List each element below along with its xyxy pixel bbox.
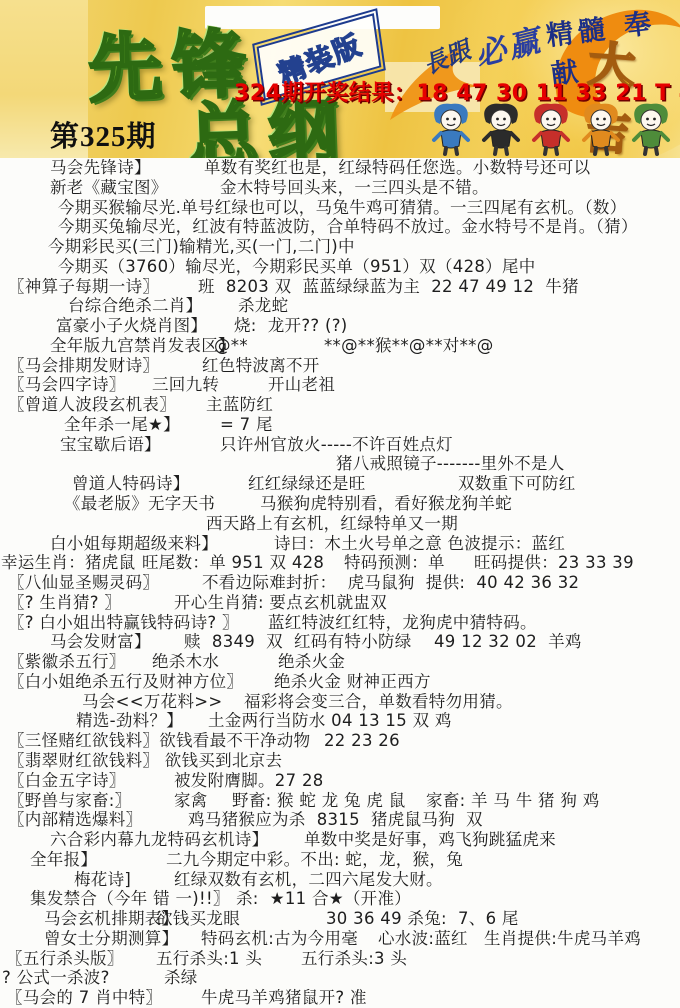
tips-list: 马会先锋诗】单数有奖红也是，红绿特码任您选。小数特号还可以新老《藏宝图》金木特号… bbox=[6, 158, 680, 1008]
tip-segment: 〖内部精选爆料〗 bbox=[8, 810, 142, 830]
tip-segment: 宝宝歇后语】 bbox=[60, 435, 161, 455]
tip-segment: 不看边际难封折： 虎马鼠狗 提供: 40 42 36 32 bbox=[202, 573, 579, 593]
tip-line: 〖翡翠财红欲钱料〗 欲钱买到北京去 bbox=[6, 751, 680, 771]
tip-segment: 〖白小姐绝杀五行及财神方位〗 bbox=[8, 672, 243, 692]
tip-segment: 单数有奖红也是，红绿特码任您选。小数特号还可以 bbox=[204, 158, 590, 178]
tip-segment: 烧: 龙开?? (?) bbox=[234, 316, 348, 336]
tip-segment: 马会<<万花料>> bbox=[82, 692, 223, 712]
tip-line: 〖马会四字诗〗三回九转开山老祖 bbox=[6, 375, 680, 395]
mascot-row bbox=[428, 100, 678, 156]
tip-segment: 金木特号回头来，一三四头是不错。 bbox=[220, 178, 489, 198]
tip-segment: ? 公式一杀波? bbox=[2, 968, 110, 988]
tip-segment: 牛虎马羊鸡猪鼠开? 准 bbox=[201, 988, 367, 1008]
tip-segment: 22 23 26 bbox=[324, 731, 400, 751]
tip-line: 全年杀一尾★】= 7 尾 bbox=[6, 415, 680, 435]
tip-segment: 杀: ★11 合★（开准） bbox=[236, 889, 411, 909]
tip-segment: 二九今期定中彩。不出: 蛇，龙，猴，兔 bbox=[166, 850, 463, 870]
tip-line: 今期买兔输尽光，红波有特蓝波防，合单特码不放过。金水特号不是肖。（猜） bbox=[6, 217, 680, 237]
tip-line: 宝宝歇后语】只许州官放火-----不许百姓点灯 bbox=[6, 435, 680, 455]
tip-segment: 新老《藏宝图》 bbox=[50, 178, 168, 198]
tip-segment: 〖马会排期发财诗〗 bbox=[8, 356, 159, 376]
tip-segment: 单数中奖是好事，鸡飞狗跳猛虎来 bbox=[304, 830, 556, 850]
tip-segment: 开山老祖 bbox=[268, 375, 335, 395]
tip-segment: 〖紫徽杀五行〗 bbox=[8, 652, 126, 672]
tip-segment: 《最老版》无字天书 bbox=[64, 494, 215, 514]
green-mascot-icon bbox=[628, 100, 674, 156]
tip-line: 〖野兽与家畜:〗家禽野畜: 猴 蛇 龙 兔 虎 鼠家畜: 羊 马 牛 猪 狗 鸡 bbox=[6, 791, 680, 811]
tip-segment: 马会发财富】 bbox=[50, 632, 151, 652]
tip-segment: 今期买兔输尽光，红波有特蓝波防，合单特码不放过。金水特号不是肖。（猜） bbox=[58, 217, 638, 237]
tip-segment: 绝杀火金 bbox=[278, 652, 345, 672]
tip-line: 〖马会的 7 肖中特〗牛虎马羊鸡猪鼠开? 准 bbox=[6, 988, 680, 1008]
tip-segment: 红色特波离不开 bbox=[202, 356, 320, 376]
tip-line: 马会<<万花料>>福彩将会变三合，单数看特勿用猜。 bbox=[6, 692, 680, 712]
tip-segment: 野畜: 猴 蛇 龙 兔 虎 鼠 bbox=[232, 791, 406, 811]
tip-line: ? 公式一杀波?杀绿 bbox=[6, 968, 680, 988]
tip-line: 〖马会排期发财诗〗红色特波离不开 bbox=[6, 356, 680, 376]
panda-mascot-icon bbox=[478, 100, 524, 156]
tip-segment: 富豪小子火烧肖图】 bbox=[56, 316, 207, 336]
tip-segment: 〖? 白小姐出特赢钱特码诗? 〗 bbox=[8, 613, 239, 633]
tip-line: 马会玄机排期表】欲钱买龙眼30 36 49 杀兔: 7、6 尾 bbox=[6, 909, 680, 929]
tip-segment: 家禽 bbox=[174, 791, 208, 811]
tip-segment: 杀绿 bbox=[164, 968, 198, 988]
tip-segment: 红绿双数有玄机，二四六尾发大财。 bbox=[174, 870, 443, 890]
tip-segment: 49 12 32 02 羊鸡 bbox=[434, 632, 582, 652]
tip-segment: 杀龙蛇 bbox=[238, 296, 288, 316]
tip-line: 梅花诗]红绿双数有玄机，二四六尾发大财。 bbox=[6, 870, 680, 890]
tip-segment: 福彩将会变三合，单数看特勿用猜。 bbox=[244, 692, 513, 712]
tip-segment: 赎 8349 双 bbox=[184, 632, 283, 652]
tip-segment: 精选-劲料？】 bbox=[76, 711, 183, 731]
tip-segment: 猪八戒照镜子-------里外不是人 bbox=[336, 454, 565, 474]
tip-segment: 五行杀头:1 头 bbox=[156, 949, 262, 969]
tip-segment: @** bbox=[214, 336, 248, 356]
tip-line: 精选-劲料？】土金两行当防水 04 13 15 双 鸡 bbox=[6, 711, 680, 731]
orange-mascot-icon bbox=[578, 100, 624, 156]
tip-line: 曾道人特码诗】红红绿绿还是旺双数重下可防红 bbox=[6, 474, 680, 494]
tip-segment: 〖三怪赌红欲钱料〗欲钱看最不干净动物 bbox=[8, 731, 310, 751]
tip-segment: 30 36 49 杀兔: 7、6 尾 bbox=[326, 909, 519, 929]
tip-line: 幸运生肖：猪虎鼠旺尾数：单 951 双 428特码预测：单旺码提供：23 33 … bbox=[6, 553, 680, 573]
tip-segment: 旺尾数：单 951 双 428 bbox=[142, 553, 324, 573]
tip-segment: 马猴狗虎特别看，看好猴龙狗羊蛇 bbox=[260, 494, 512, 514]
tip-segment: 旺码提供：23 33 39 bbox=[474, 553, 634, 573]
tip-segment: 全年报】 bbox=[30, 850, 97, 870]
tip-segment: 〖五行杀头版〗 bbox=[6, 949, 124, 969]
tip-segment: 绝杀火金 财神正西方 bbox=[274, 672, 431, 692]
tip-line: 〖神算子每期一诗〗班 8203 双 蓝蓝绿绿蓝为主 22 47 49 12 牛猪 bbox=[6, 277, 680, 297]
tip-segment: 〖马会的 7 肖中特〗 bbox=[6, 988, 162, 1008]
issue-number: 第325期 bbox=[50, 114, 157, 155]
tip-segment: 欲钱买龙眼 bbox=[156, 909, 240, 929]
tip-line: 马会先锋诗】单数有奖红也是，红绿特码任您选。小数特号还可以 bbox=[6, 158, 680, 178]
tip-segment: 红红绿绿还是旺 bbox=[248, 474, 366, 494]
tip-line: 富豪小子火烧肖图】烧: 龙开?? (?) bbox=[6, 316, 680, 336]
tip-line: 〖五行杀头版〗五行杀头:1 头五行杀头:3 头 bbox=[6, 949, 680, 969]
tip-line: 白小姐每期超级来料】诗曰：木土火号单之意 色波提示：蓝红 bbox=[6, 534, 680, 554]
tip-segment: 全年杀一尾★】 bbox=[64, 415, 180, 435]
tip-segment: = 7 尾 bbox=[220, 415, 273, 435]
tip-line: 〖白金五字诗〗被发附膺脚。27 28 bbox=[6, 771, 680, 791]
tip-segment: 心水波:蓝红 bbox=[378, 929, 468, 949]
tip-segment: 台综合绝杀二肖】 bbox=[68, 296, 202, 316]
tip-line: 台综合绝杀二肖】杀龙蛇 bbox=[6, 296, 680, 316]
tip-line: 〖三怪赌红欲钱料〗欲钱看最不干净动物22 23 26 bbox=[6, 731, 680, 751]
tip-line: 新老《藏宝图》金木特号回头来，一三四头是不错。 bbox=[6, 178, 680, 198]
tip-segment: 〖神算子每期一诗〗 bbox=[8, 277, 159, 297]
tip-segment: 主蓝防红 bbox=[206, 395, 273, 415]
tip-line: 西天路上有玄机，红绿特单又一期 bbox=[6, 514, 680, 534]
page: 大吉 先锋 总纲 精装版 精髓 奉献 必赢 長跟 324期开奖结果：18 47 … bbox=[0, 0, 680, 1008]
tip-segment: 西天路上有玄机，红绿特单又一期 bbox=[206, 514, 458, 534]
tip-segment: 开心生肖猜: 要点玄机就盅双 bbox=[174, 593, 387, 613]
tip-line: 〖? 白小姐出特赢钱特码诗? 〗蓝红特波红红特，龙狗虎中猜特码。 bbox=[6, 613, 680, 633]
tip-segment: 土金两行当防水 04 13 15 双 鸡 bbox=[208, 711, 452, 731]
tip-segment: 白小姐每期超级来料】 bbox=[50, 534, 218, 554]
tip-line: 〖白小姐绝杀五行及财神方位〗绝杀火金 财神正西方 bbox=[6, 672, 680, 692]
tip-segment: 双数重下可防红 bbox=[458, 474, 576, 494]
tip-segment: 五行杀头:3 头 bbox=[301, 949, 407, 969]
tip-segment: 六合彩内幕九龙特码玄机诗】 bbox=[50, 830, 268, 850]
tip-line: 〖? 生肖猜? 〗开心生肖猜: 要点玄机就盅双 bbox=[6, 593, 680, 613]
tip-line: 全年报】二九今期定中彩。不出: 蛇，龙，猴，兔 bbox=[6, 850, 680, 870]
tip-segment: 全年版九宫禁肖发表区】 bbox=[50, 336, 235, 356]
tip-segment: 鸡马猪猴应为杀 8315 猪虎鼠马狗 双 bbox=[188, 810, 483, 830]
tip-segment: 〖马会四字诗〗 bbox=[8, 375, 126, 395]
tip-line: 全年版九宫禁肖发表区】@****@**猴**@**对**@ bbox=[6, 336, 680, 356]
tip-segment: 曾道人特码诗】 bbox=[72, 474, 190, 494]
tip-line: 今期彩民买(三门)输精光,买(一门,二门)中 bbox=[6, 237, 680, 257]
tip-segment: 只许州官放火-----不许百姓点灯 bbox=[220, 435, 453, 455]
tip-line: 〖紫徽杀五行〗绝杀木水绝杀火金 bbox=[6, 652, 680, 672]
tip-segment: 家畜: 羊 马 牛 猪 狗 鸡 bbox=[426, 791, 600, 811]
tip-segment: 蓝红特波红红特，龙狗虎中猜特码。 bbox=[268, 613, 537, 633]
tip-segment: 红码有特小防绿 bbox=[294, 632, 412, 652]
tip-line: 马会发财富】赎 8349 双红码有特小防绿49 12 32 02 羊鸡 bbox=[6, 632, 680, 652]
tip-segment: 〖八仙显圣赐灵码〗 bbox=[8, 573, 159, 593]
tip-line: 集发禁合（今年 错 一)!!〗杀: ★11 合★（开准） bbox=[6, 889, 680, 909]
tip-segment: 今期彩民买(三门)输精光,买(一门,二门)中 bbox=[48, 237, 355, 257]
tip-segment: 梅花诗] bbox=[74, 870, 131, 890]
tip-line: 六合彩内幕九龙特码玄机诗】单数中奖是好事，鸡飞狗跳猛虎来 bbox=[6, 830, 680, 850]
tip-line: 〖曾道人波段玄机表〗主蓝防红 bbox=[6, 395, 680, 415]
tip-segment: 〖? 生肖猜? 〗 bbox=[8, 593, 121, 613]
tip-segment: 特码玄机:古为今用毫 bbox=[201, 929, 358, 949]
tip-segment: 今期买（3760）输尽光，今期彩民买单（951）双（428）尾中 bbox=[58, 257, 536, 277]
tip-line: 〖八仙显圣赐灵码〗不看边际难封折： 虎马鼠狗 提供: 40 42 36 32 bbox=[6, 573, 680, 593]
tip-segment: 〖白金五字诗〗 bbox=[8, 771, 126, 791]
tip-segment: 班 8203 双 蓝蓝绿绿蓝为主 22 47 49 12 牛猪 bbox=[198, 277, 579, 297]
tip-segment: 马会先锋诗】 bbox=[50, 158, 151, 178]
tip-segment: 曾女士分期测算】 bbox=[44, 929, 178, 949]
tip-line: 《最老版》无字天书马猴狗虎特别看，看好猴龙狗羊蛇 bbox=[6, 494, 680, 514]
tip-segment: 绝杀木水 bbox=[152, 652, 219, 672]
tip-line: 曾女士分期测算】特码玄机:古为今用毫心水波:蓝红生肖提供:牛虎马羊鸡 bbox=[6, 929, 680, 949]
tip-segment: 〖野兽与家畜:〗 bbox=[8, 791, 131, 811]
tip-segment: 〖翡翠财红欲钱料〗 欲钱买到北京去 bbox=[8, 751, 282, 771]
masthead: 大吉 先锋 总纲 精装版 精髓 奉献 必赢 長跟 324期开奖结果：18 47 … bbox=[0, 0, 680, 158]
tip-segment: 幸运生肖：猪虎鼠 bbox=[1, 553, 135, 573]
tip-segment: 三回九转 bbox=[152, 375, 219, 395]
tip-segment: **@**猴**@**对**@ bbox=[324, 336, 494, 356]
tip-line: 〖内部精选爆料〗鸡马猪猴应为杀 8315 猪虎鼠马狗 双 bbox=[6, 810, 680, 830]
red-flame-mascot-icon bbox=[528, 100, 574, 156]
tip-line: 今期买（3760）输尽光，今期彩民买单（951）双（428）尾中 bbox=[6, 257, 680, 277]
tip-line: 猪八戒照镜子-------里外不是人 bbox=[6, 454, 680, 474]
tip-segment: 〖曾道人波段玄机表〗 bbox=[8, 395, 176, 415]
blue-mascot-icon bbox=[428, 100, 474, 156]
tip-segment: 诗曰：木土火号单之意 色波提示：蓝红 bbox=[274, 534, 565, 554]
tip-line: 今期买猴输尽光.单号红绿也可以，马兔牛鸡可猜猜。一三四尾有玄机。（数） bbox=[6, 198, 680, 218]
tip-segment: 生肖提供:牛虎马羊鸡 bbox=[484, 929, 641, 949]
tip-segment: 集发禁合（今年 错 一)!!〗 bbox=[30, 889, 230, 909]
tip-segment: 特码预测：单 bbox=[344, 553, 445, 573]
tip-segment: 被发附膺脚。27 28 bbox=[174, 771, 324, 791]
tip-segment: 今期买猴输尽光.单号红绿也可以，马兔牛鸡可猜猜。一三四尾有玄机。（数） bbox=[58, 198, 627, 218]
